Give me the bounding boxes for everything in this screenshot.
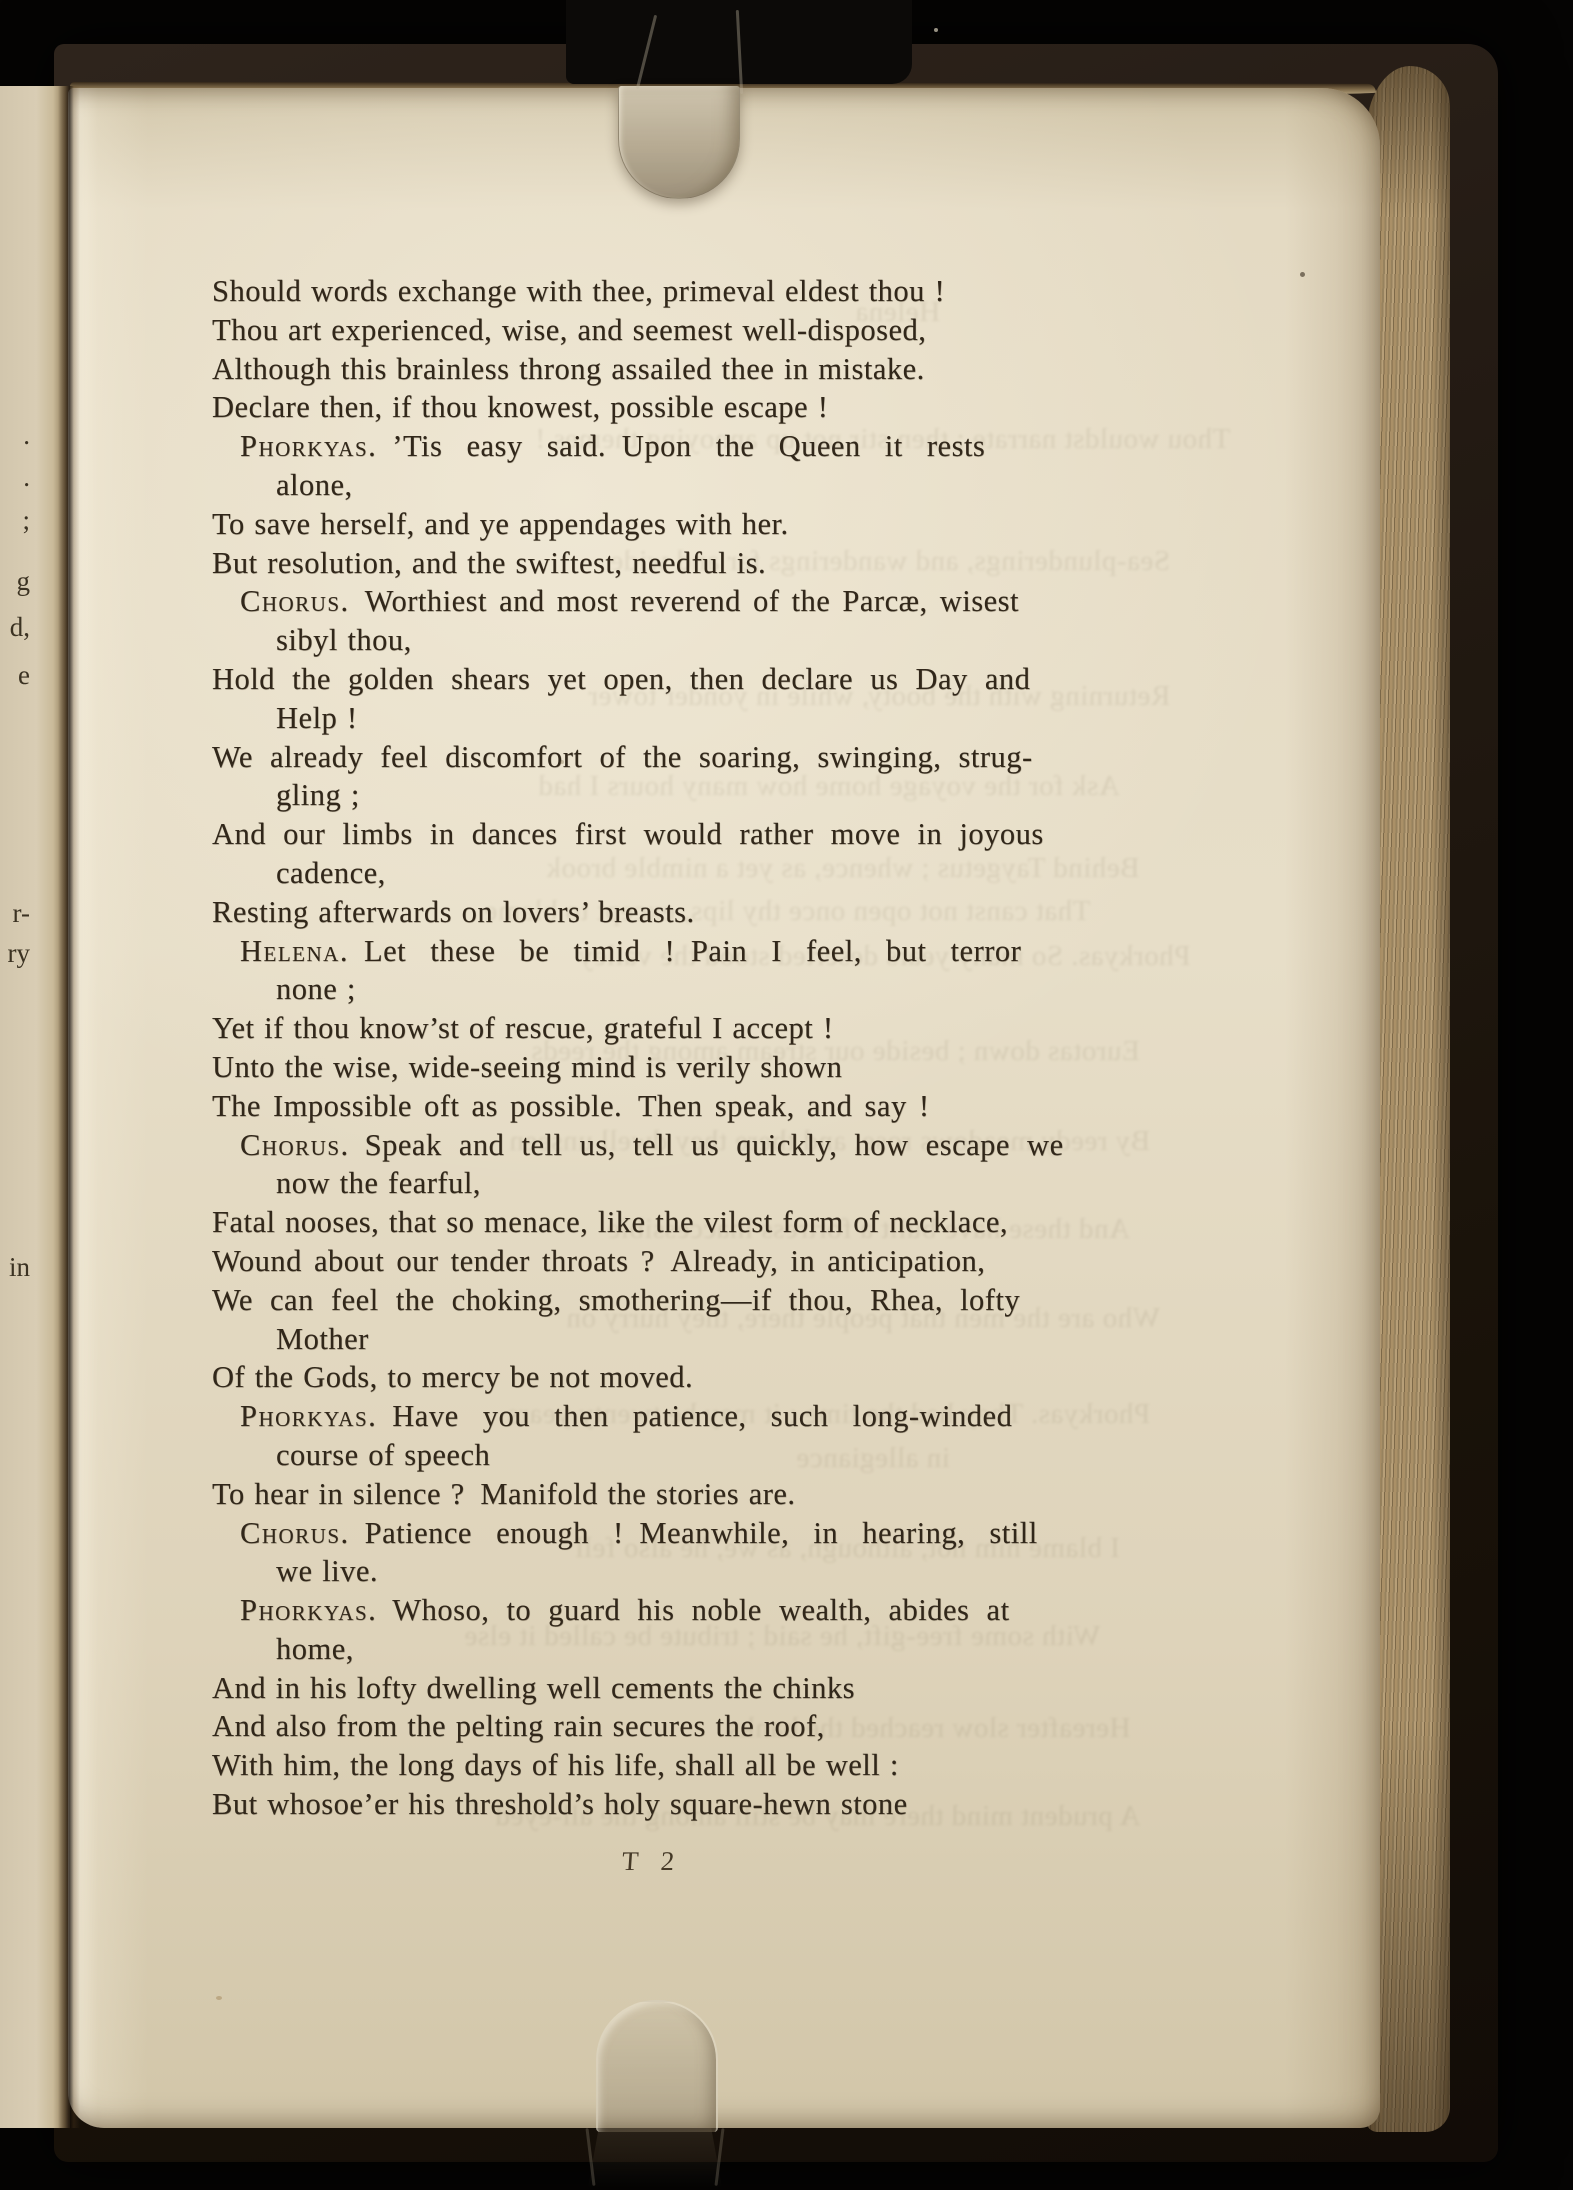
facing-page-text-fragment: e — [0, 660, 30, 690]
verse-line: none ; — [212, 970, 1110, 1009]
book-mount-clip-bottom — [596, 2000, 718, 2132]
facing-page-text-fragment: . — [0, 462, 30, 492]
verse-line: And in his lofty dwelling well cements t… — [212, 1669, 1110, 1708]
verse-line: Chorus.Patience enough ! Meanwhile, in h… — [212, 1514, 1110, 1553]
verse-line: But resolution, and the swiftest, needfu… — [212, 544, 1110, 583]
speaker-name: Chorus. — [240, 1516, 350, 1550]
verse-line: Hold the golden shears yet open, then de… — [212, 660, 1110, 699]
verse-line: Yet if thou know’st of rescue, grateful … — [212, 1009, 1110, 1048]
verse-line: course of speech — [212, 1436, 1110, 1475]
verse-line: gling ; — [212, 776, 1110, 815]
verse-line: Resting afterwards on lovers’ breasts. — [212, 893, 1110, 932]
printers-signature-mark: T 2 — [621, 1846, 683, 1877]
verse-line: sibyl thou, — [212, 621, 1110, 660]
verse-line: And also from the pelting rain secures t… — [212, 1707, 1110, 1746]
facing-page-text-fragment: g — [0, 566, 30, 596]
photo-backdrop: ..;gd,er-ryin HelenaThou wouldst narrate… — [0, 0, 1573, 2190]
verse-line: Of the Gods, to mercy be not moved. — [212, 1358, 1110, 1397]
verse-line: Chorus.Worthiest and most reverend of th… — [212, 582, 1110, 621]
facing-page-text-fragment: . — [0, 420, 30, 450]
verse-line: Declare then, if thou knowest, possible … — [212, 388, 1110, 427]
verse-text-block: Should words exchange with thee, primeva… — [212, 272, 1110, 1824]
facing-page-text-fragment: ; — [0, 505, 30, 535]
verse-line: To save herself, and ye appendages with … — [212, 505, 1110, 544]
verse-line: We already feel discomfort of the soarin… — [212, 738, 1110, 777]
book-gutter — [58, 86, 80, 2128]
verse-line: we live. — [212, 1552, 1110, 1591]
verse-line: Phorkyas.Have you then patience, such lo… — [212, 1397, 1110, 1436]
facing-page-text-fragment: r- — [0, 898, 30, 928]
facing-page-text-fragment: ry — [0, 938, 30, 968]
speaker-name: Phorkyas. — [240, 1399, 377, 1433]
facing-page-text-fragment: in — [0, 1252, 30, 1282]
verse-line: Although this brainless throng assailed … — [212, 350, 1110, 389]
verse-line: With him, the long days of his life, sha… — [212, 1746, 1110, 1785]
verse-line: The Impossible oft as possible. Then spe… — [212, 1087, 1110, 1126]
book-mount-clip-top — [618, 86, 740, 199]
verse-line: Unto the wise, wide-seeing mind is veril… — [212, 1048, 1110, 1087]
verse-line: cadence, — [212, 854, 1110, 893]
speaker-name: Helena. — [240, 934, 349, 968]
facing-page-text-fragment: d, — [0, 612, 30, 642]
verse-line: Fatal nooses, that so menace, like the v… — [212, 1203, 1110, 1242]
speaker-name: Phorkyas. — [240, 1593, 377, 1627]
verse-line: Chorus.Speak and tell us, tell us quickl… — [212, 1126, 1110, 1165]
dust-speck — [560, 760, 564, 764]
verse-line: Phorkyas.Whoso, to guard his noble wealt… — [212, 1591, 1110, 1630]
dust-speck — [216, 1996, 222, 2000]
verse-line: Thou art experienced, wise, and seemest … — [212, 311, 1110, 350]
verse-line: Helena.Let these be timid ! Pain I feel,… — [212, 932, 1110, 971]
speaker-name: Phorkyas. — [240, 429, 377, 463]
verse-line: Phorkyas.’Tis easy said. Upon the Queen … — [212, 427, 1110, 466]
verse-line: And our limbs in dances first would rath… — [212, 815, 1110, 854]
clip-shadow — [588, 2128, 722, 2188]
verse-line: Should words exchange with thee, primeva… — [212, 272, 1110, 311]
verse-line: alone, — [212, 466, 1110, 505]
verse-line: But whosoe’er his threshold’s holy squar… — [212, 1785, 1110, 1824]
verse-line: To hear in silence ? Manifold the storie… — [212, 1475, 1110, 1514]
verse-line: now the fearful, — [212, 1164, 1110, 1203]
dust-speck — [934, 28, 938, 32]
verse-line: We can feel the choking, smothering—if t… — [212, 1281, 1110, 1320]
verse-line: home, — [212, 1630, 1110, 1669]
speaker-name: Chorus. — [240, 1128, 350, 1162]
dust-speck — [1300, 272, 1305, 277]
verse-line: Wound about our tender throats ? Already… — [212, 1242, 1110, 1281]
verse-line: Mother — [212, 1320, 1110, 1359]
verse-line: Help ! — [212, 699, 1110, 738]
speaker-name: Chorus. — [240, 584, 350, 618]
